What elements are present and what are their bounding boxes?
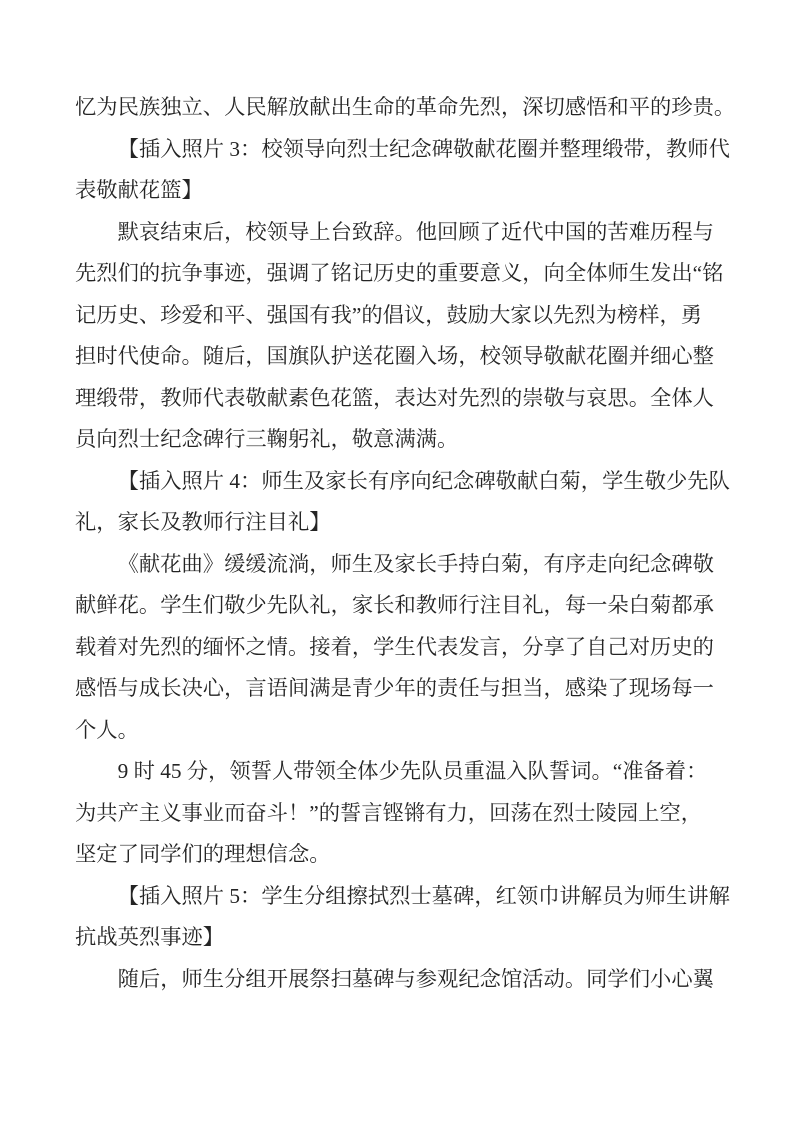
tomb-sweeping-paragraph: 随后，师生分组开展祭扫墓碑与参观纪念馆活动。同学们小心翼 (75, 959, 737, 1001)
speech-and-wreath-paragraph: 默哀结束后，校领导上台致辞。他回顾了近代中国的苦难历程与 先烈们的抗争事迹，强调… (75, 212, 737, 461)
document-page: 忆为民族独立、人民解放献出生命的革命先烈，深切感悟和平的珍贵。【插入照片 3：校… (0, 0, 793, 1122)
photo-placeholder-4: 【插入照片 4：师生及家长有序向纪念碑敬献白菊，学生敬少先队 礼，家长及教师行注… (75, 461, 737, 544)
flower-offering-paragraph: 《献花曲》缓缓流淌，师生及家长手持白菊，有序走向纪念碑敬 献鲜花。学生们敬少先队… (75, 544, 737, 752)
continuation-paragraph: 忆为民族独立、人民解放献出生命的革命先烈，深切感悟和平的珍贵。 (75, 87, 737, 129)
photo-placeholder-5: 【插入照片 5：学生分组擦拭烈士墓碑，红领巾讲解员为师生讲解 抗战英烈事迹】 (75, 876, 737, 959)
oath-paragraph: 9 时 45 分，领誓人带领全体少先队员重温入队誓词。“准备着： 为共产主义事业… (75, 751, 737, 876)
photo-placeholder-3: 【插入照片 3：校领导向烈士纪念碑敬献花圈并整理缎带，教师代 表敬献花篮】 (75, 129, 737, 212)
document-body: 忆为民族独立、人民解放献出生命的革命先烈，深切感悟和平的珍贵。【插入照片 3：校… (75, 87, 737, 1000)
